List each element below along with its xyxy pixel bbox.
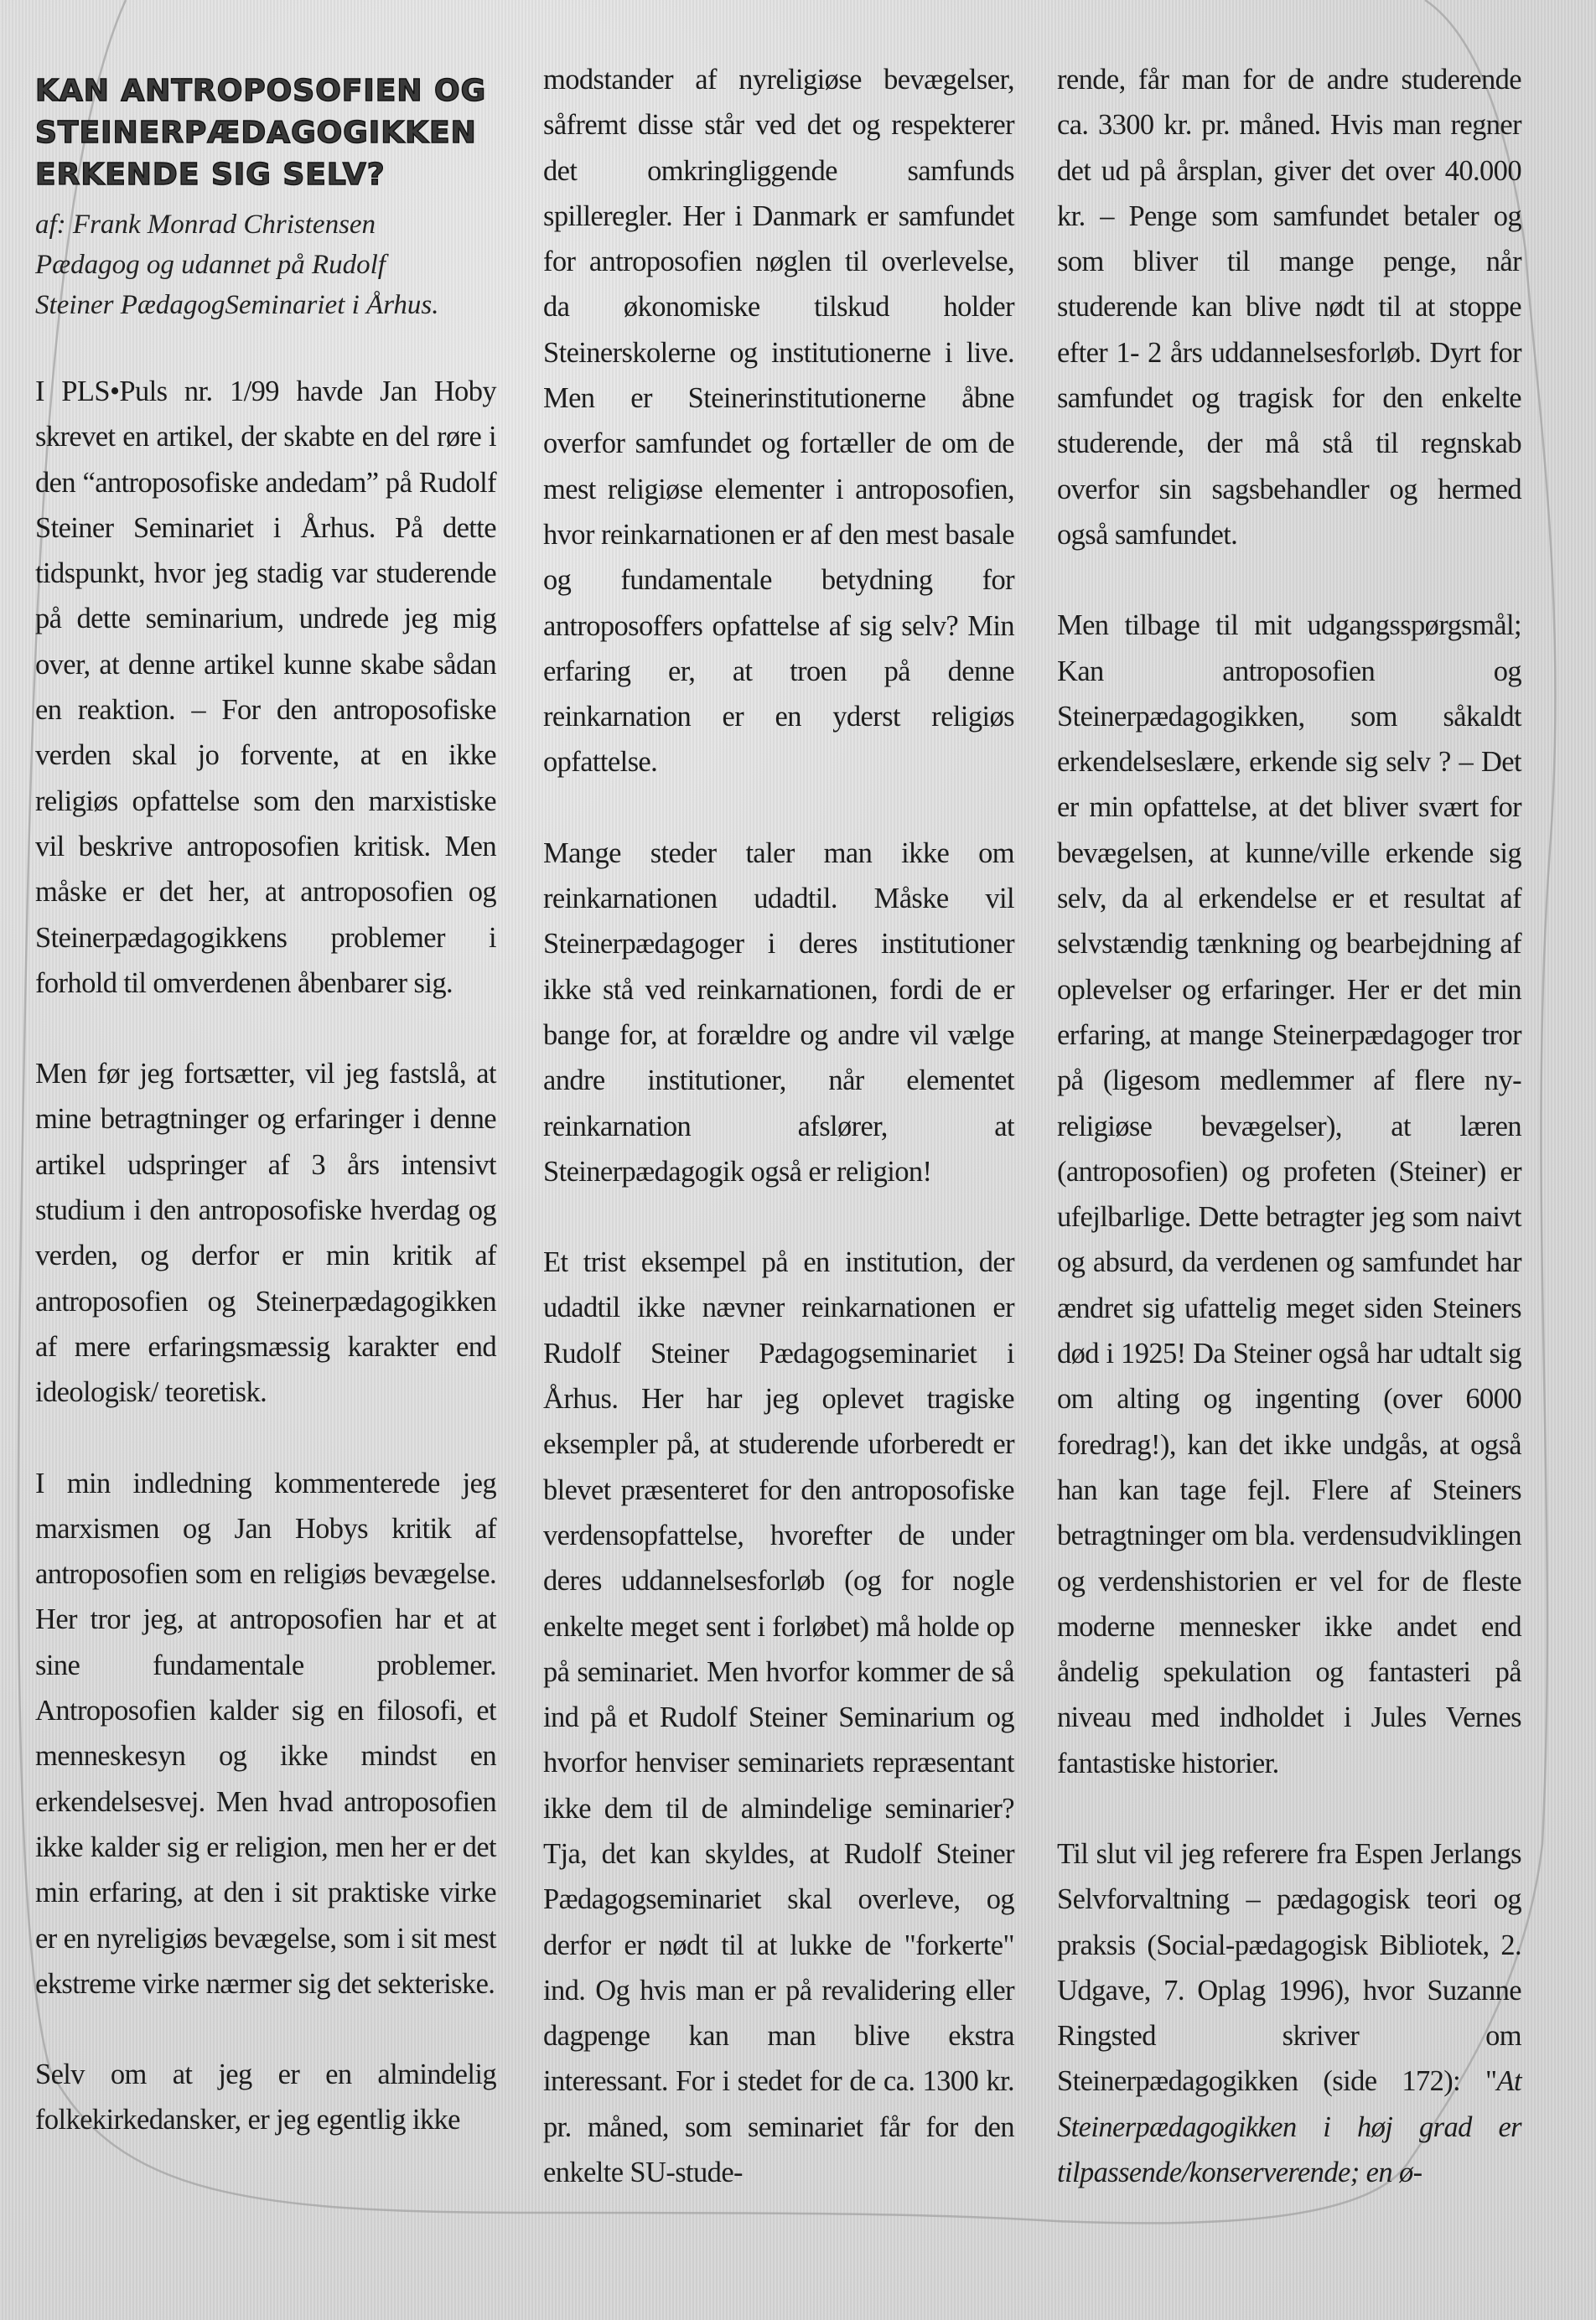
paragraph: modstander af nyreligiøse bevægelser, så… [543, 57, 1014, 785]
headline-line: KAN ANTROPOSOFIEN OG [35, 70, 496, 112]
article-byline: af: Frank Monrad Christensen Pædagog og … [35, 205, 496, 325]
headline-line: ERKENDE SIG SELV? [35, 154, 496, 196]
paragraph: Mange steder taler man ikke om reinkarna… [543, 831, 1014, 1194]
paragraph: I PLS•Puls nr. 1/99 havde Jan Hoby skrev… [35, 369, 496, 1006]
paragraph: Selv om at jeg er en almindelig folkekir… [35, 2052, 496, 2143]
paragraph-with-quote: Til slut vil jeg referere fra Espen Jerl… [1057, 1831, 1521, 2195]
paragraph: Men før jeg fortsætter, vil jeg fastslå,… [35, 1051, 496, 1415]
article-headline: KAN ANTROPOSOFIEN OG STEINERPÆDAGOGIKKEN… [35, 70, 496, 196]
article-column-1: KAN ANTROPOSOFIEN OG STEINERPÆDAGOGIKKEN… [35, 0, 496, 2143]
byline-credentials: Steiner PædagogSeminariet i Århus. [35, 285, 496, 325]
paragraph: Men tilbage til mit udgangsspørgsmål; Ka… [1057, 603, 1521, 1786]
paragraph: I min indledning kommenterede jeg marxis… [35, 1461, 496, 2007]
article-page: KAN ANTROPOSOFIEN OG STEINERPÆDAGOGIKKEN… [0, 0, 1596, 2320]
headline-line: STEINERPÆDAGOGIKKEN [35, 112, 496, 154]
paragraph: Et trist eksempel på en institution, der… [543, 1240, 1014, 2195]
paragraph: rende, får man for de andre studerende c… [1057, 57, 1521, 557]
byline-credentials: Pædagog og udannet på Rudolf [35, 245, 496, 285]
article-column-2: modstander af nyreligiøse bevægelser, så… [543, 0, 1014, 2195]
article-column-3: rende, får man for de andre studerende c… [1057, 0, 1521, 2195]
paragraph-text: Til slut vil jeg referere fra Espen Jerl… [1057, 1838, 1521, 2097]
byline-author: af: Frank Monrad Christensen [35, 205, 496, 245]
